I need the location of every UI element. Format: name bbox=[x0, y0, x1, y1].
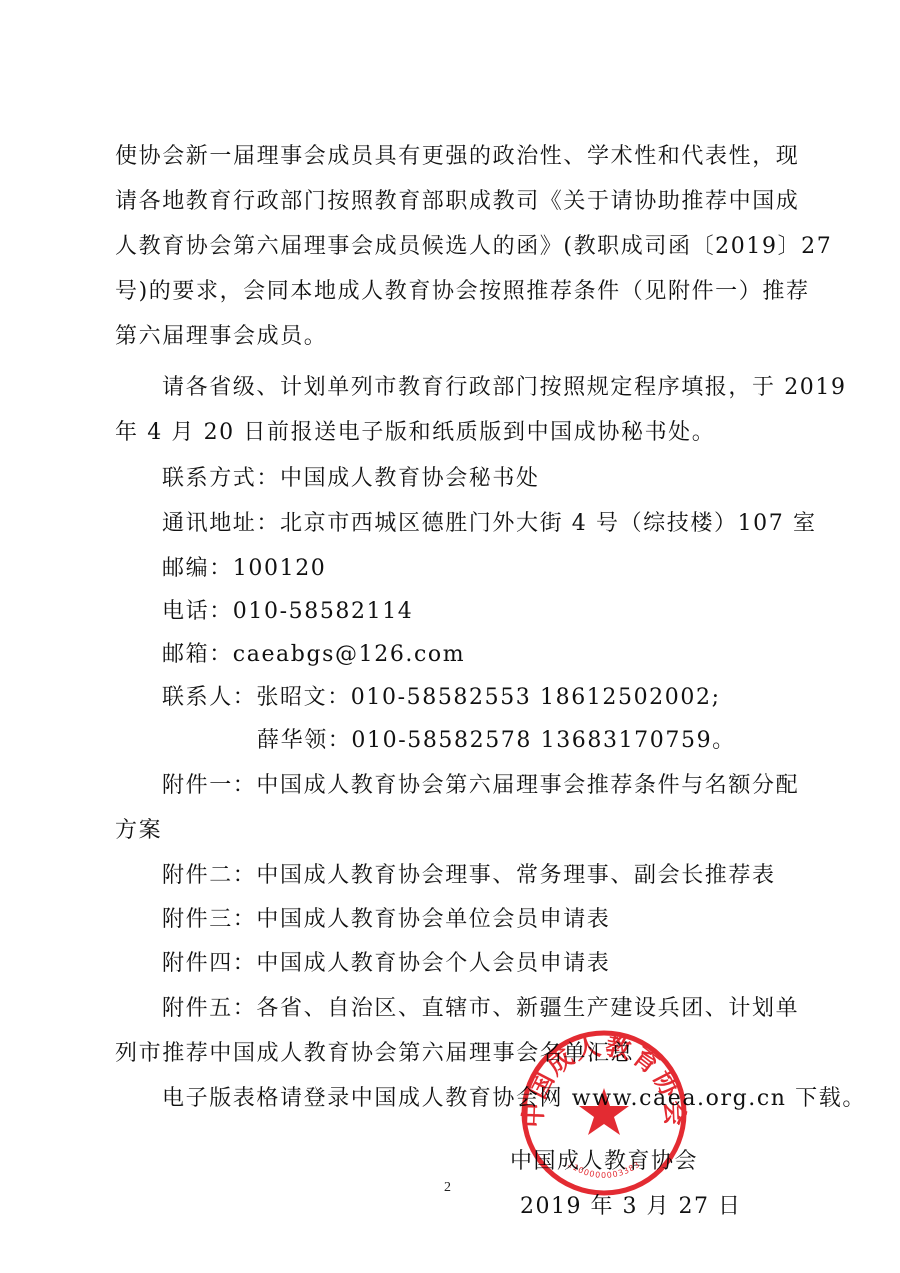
submission-line-1: 请各省级、计划单列市教育行政部门按照规定程序填报，于 2019 bbox=[162, 374, 783, 402]
attachment-1-line-2: 方案 bbox=[115, 817, 162, 845]
contact-address: 通讯地址：北京市西城区德胜门外大街 4 号（综技楼）107 室 bbox=[162, 510, 817, 538]
attachment-4: 附件四：中国成人教育协会个人会员申请表 bbox=[162, 950, 610, 978]
attachment-5-line-1: 附件五：各省、自治区、直辖市、新疆生产建设兵团、计划单 bbox=[162, 995, 783, 1023]
contact-phone: 电话：010-58582114 bbox=[162, 598, 413, 626]
body-line-3: 人教育协会第六届理事会成员候选人的函》(教职成司函〔2019〕27 bbox=[115, 233, 783, 261]
body-line-2: 请各地教育行政部门按照教育部职成教司《关于请协助推荐中国成 bbox=[115, 188, 783, 216]
body-line-5: 第六届理事会成员。 bbox=[115, 323, 327, 351]
document-page: 使协会新一届理事会成员具有更强的政治性、学术性和代表性，现 请各地教育行政部门按… bbox=[0, 0, 900, 1273]
page-number: 2 bbox=[444, 1180, 451, 1196]
contact-method: 联系方式：中国成人教育协会秘书处 bbox=[162, 465, 540, 493]
attachment-3: 附件三：中国成人教育协会单位会员申请表 bbox=[162, 906, 610, 934]
body-line-1: 使协会新一届理事会成员具有更强的政治性、学术性和代表性，现 bbox=[115, 143, 783, 171]
contact-postcode: 邮编：100120 bbox=[162, 555, 326, 583]
body-line-4: 号)的要求，会同本地成人教育协会按照推荐条件（见附件一）推荐 bbox=[115, 278, 783, 306]
download-note: 电子版表格请登录中国成人教育协会网 www.caea.org.cn 下载。 bbox=[162, 1085, 866, 1113]
contact-person-2: 薛华领：010-58582578 13683170759。 bbox=[257, 727, 736, 755]
submission-line-2: 年 4 月 20 日前报送电子版和纸质版到中国成协秘书处。 bbox=[115, 419, 715, 447]
svg-text:1100000003383: 1100000003383 bbox=[566, 1160, 642, 1180]
official-seal-icon: 中国成人教育协会 1100000003383 bbox=[519, 1028, 689, 1198]
contact-email: 邮箱：caeabgs@126.com bbox=[162, 641, 465, 669]
attachment-2: 附件二：中国成人教育协会理事、常务理事、副会长推荐表 bbox=[162, 862, 776, 890]
contact-person-1: 联系人：张昭文：010-58582553 18612502002; bbox=[162, 684, 721, 712]
attachment-1-line-1: 附件一：中国成人教育协会第六届理事会推荐条件与名额分配 bbox=[162, 772, 783, 800]
